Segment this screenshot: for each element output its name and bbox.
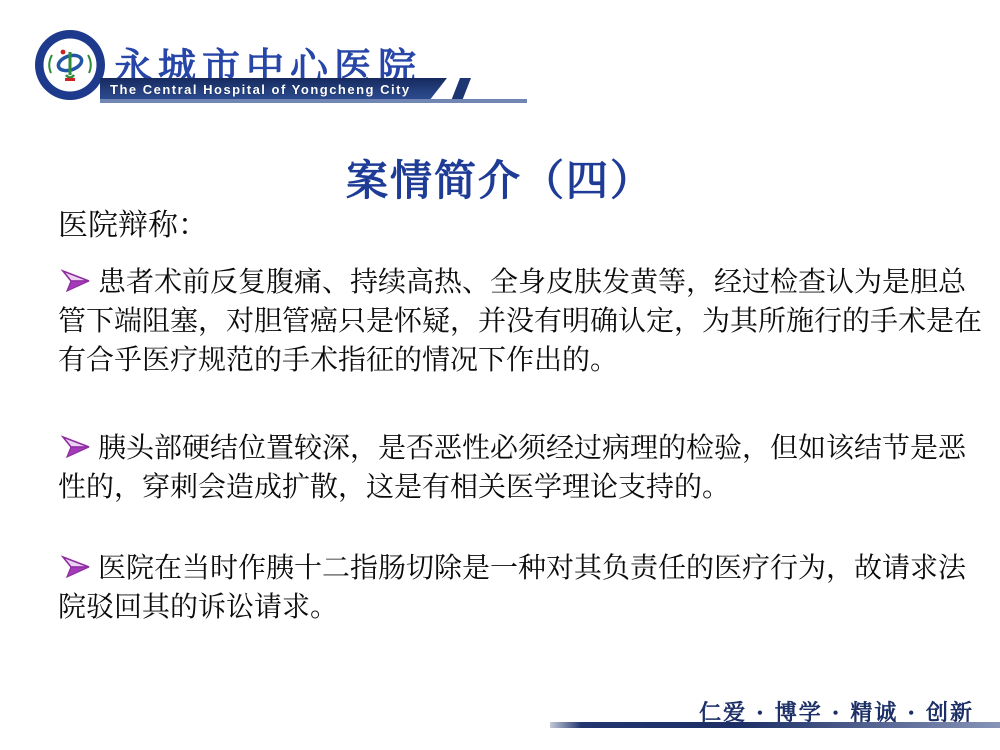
motto-separator: • — [833, 705, 841, 722]
slide-title: 案情简介（四） — [0, 148, 1000, 208]
lead-text: 医院辩称： — [58, 206, 988, 246]
bullet-text: 医院在当时作胰十二指肠切除是一种对其负责任的医疗行为，故请求法院驳回其的诉讼请求… — [58, 552, 966, 622]
motto-separator: • — [908, 705, 916, 722]
arrowhead-bullet-icon — [58, 265, 92, 291]
bullet-paragraph: 患者术前反复腹痛、持续高热、全身皮肤发黄等，经过检查认为是胆总管下端阻塞，对胆管… — [58, 262, 988, 379]
presentation-slide: 永城市中心医院 The Central Hospital of Yongchen… — [0, 0, 1000, 750]
bullet-paragraph: 医院在当时作胰十二指肠切除是一种对其负责任的医疗行为，故请求法院驳回其的诉讼请求… — [58, 548, 988, 626]
arrowhead-bullet-icon — [58, 431, 92, 457]
bullet-text: 患者术前反复腹痛、持续高热、全身皮肤发黄等，经过检查认为是胆总管下端阻塞，对胆管… — [58, 266, 982, 375]
arrowhead-bullet-icon — [58, 551, 92, 577]
motto-separator: • — [757, 705, 765, 722]
hospital-logo-icon — [33, 28, 107, 102]
hospital-name-en: The Central Hospital of Yongcheng City — [100, 82, 411, 97]
header-rule — [100, 99, 527, 103]
banner-tail-decoration — [451, 78, 471, 101]
footer-rule — [550, 722, 1000, 728]
bullet-paragraph: 胰头部硬结位置较深，是否恶性必须经过病理的检验，但如该结节是恶性的，穿刺会造成扩… — [58, 428, 988, 506]
hospital-name-banner: The Central Hospital of Yongcheng City — [100, 78, 447, 101]
bullet-text: 胰头部硬结位置较深，是否恶性必须经过病理的检验，但如该结节是恶性的，穿刺会造成扩… — [58, 432, 966, 502]
